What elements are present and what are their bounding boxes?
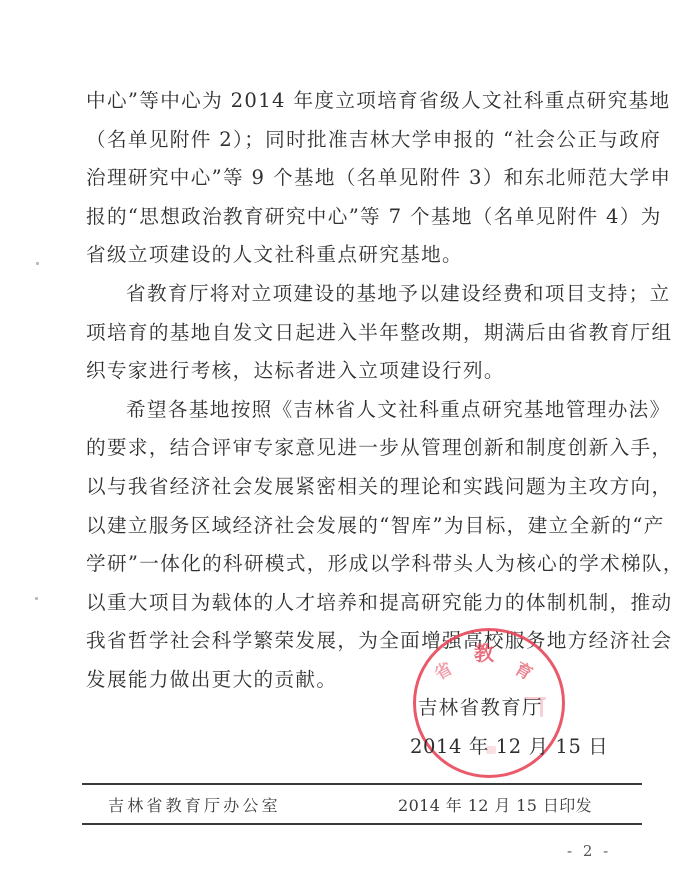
text-line: 项培育的基地自发文日起进入半年整改期，期满后由省教育厅组 (86, 314, 616, 353)
text-line: 中心”等中心为 2014 年度立项培育省级人文社科重点研究基地 (86, 82, 616, 121)
scan-speck (36, 262, 39, 265)
text-line: 织专家进行考核，达标者进入立项建设行列。 (86, 352, 616, 391)
stamp-char: 省 (429, 654, 456, 684)
text-line: 学研”一体化的科研模式，形成以学科带头人为核心的学术梯队， (86, 545, 616, 584)
text-line: （名单见附件 2）；同时批准吉林大学申报的 “社会公正与政府 (86, 121, 616, 160)
document-page: 中心”等中心为 2014 年度立项培育省级人文社科重点研究基地 （名单见附件 2… (0, 0, 692, 890)
text-line: 治理研究中心”等 9 个基地（名单见附件 3）和东北师范大学申 (86, 159, 616, 198)
signature-organization: 吉林省教育厅 (418, 692, 543, 720)
text-line: 以重大项目为载体的人才培养和提高研究能力的体制机制，推动 (86, 584, 616, 623)
stamp-char: 教 (474, 637, 494, 666)
footer-issuer: 吉林省教育厅办公室 (108, 793, 281, 816)
text-line: 报的“思想政治教育研究中心”等 7 个基地（名单见附件 4）为 (86, 198, 616, 237)
document-body: 中心”等中心为 2014 年度立项培育省级人文社科重点研究基地 （名单见附件 2… (86, 82, 616, 700)
text-line: 以与我省经济社会发展紧密相关的理论和实践问题为主攻方向， (86, 468, 616, 507)
text-line: 省教育厅将对立项建设的基地予以建设经费和项目支持；立 (86, 275, 616, 314)
page-number: - 2 - (567, 842, 611, 860)
text-line: 以建立服务区域经济社会发展的“智库”为目标，建立全新的“产 (86, 507, 616, 546)
scan-speck (35, 597, 38, 600)
footer-top-rule (82, 783, 642, 785)
signature-date: 2014 年 12 月 15 日 (410, 731, 608, 759)
text-line: 的要求，结合评审专家意见进一步从管理创新和制度创新入手， (86, 429, 616, 468)
stamp-char: 育 (511, 654, 538, 684)
text-line: 省级立项建设的人文社科重点研究基地。 (86, 236, 616, 275)
footer-bottom-rule (82, 823, 642, 825)
footer-issue-date: 2014 年 12 月 15 日印发 (398, 793, 592, 816)
text-line: 希望各基地按照《吉林省人文社科重点研究基地管理办法》 (86, 391, 616, 430)
